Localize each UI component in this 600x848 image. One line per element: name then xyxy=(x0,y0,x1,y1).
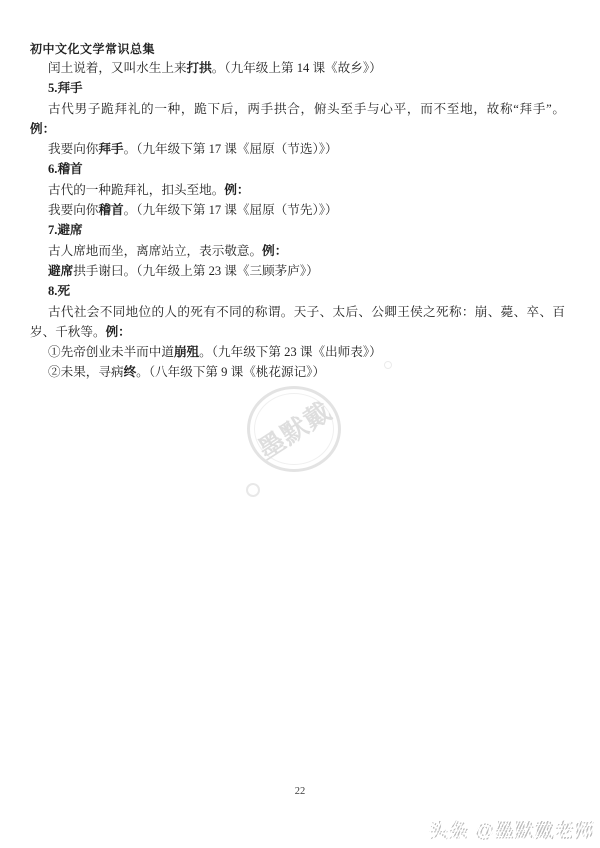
text-segment: 例： xyxy=(224,183,249,197)
stamp-text: 墨默戴 xyxy=(250,391,338,466)
text-line: 我要向你稽首。（九年级下第 17 课《屈原（节先）》） xyxy=(30,200,565,220)
stamp-inner-ring xyxy=(254,393,334,465)
text-segment: 5.拜手 xyxy=(48,81,83,95)
text-segment: 闰土说着，又叫水生上来 xyxy=(48,61,187,75)
watermark-handle: @墨默戴老师 xyxy=(475,821,595,842)
text-segment: 避席 xyxy=(48,264,73,278)
text-line: 6.稽首 xyxy=(30,159,565,179)
text-line: 8.死 xyxy=(30,281,565,301)
document-body: 闰土说着，又叫水生上来打拱。（九年级上第 14 课《故乡》）5.拜手古代男子跪拜… xyxy=(30,58,565,383)
text-segment: 我要向你 xyxy=(48,142,98,156)
text-segment: 。（九年级下第 17 课《屈原（节先）》） xyxy=(124,203,338,217)
text-segment: 。（九年级上第 14 课《故乡》） xyxy=(212,61,382,75)
text-line: 古人席地而坐，离席站立，表示敬意。例： xyxy=(30,241,565,261)
text-line: 例： xyxy=(30,119,565,139)
text-segment: 崩殂 xyxy=(174,345,199,359)
stamp-watermark: 墨默戴 xyxy=(247,386,341,472)
text-line: 我要向你拜手。（九年级下第 17 课《屈原（节选）》） xyxy=(30,139,565,159)
text-line: 古代社会不同地位的人的死有不同的称谓。天子、太后、公卿王侯之死称：崩、薨、卒、百 xyxy=(30,302,565,322)
text-line: 7.避席 xyxy=(30,220,565,240)
page-number: 22 xyxy=(0,786,600,797)
stamp-bubble-icon xyxy=(246,483,260,497)
text-segment: 我要向你 xyxy=(48,203,98,217)
text-segment: 7.避席 xyxy=(48,223,83,237)
text-segment: 例： xyxy=(262,244,287,258)
text-segment: 例： xyxy=(106,325,131,339)
text-line: 古代的一种跪拜礼，扣头至地。例： xyxy=(30,180,565,200)
text-line: ②未果，寻病终。（八年级下第 9 课《桃花源记》） xyxy=(30,362,565,382)
text-line: 避席拱手谢曰。（九年级上第 23 课《三顾茅庐》） xyxy=(30,261,565,281)
text-line: ①先帝创业未半而中道崩殂。（九年级下第 23 课《出师表》） xyxy=(30,342,565,362)
text-segment: 古代男子跪拜礼的一种，跪下后，两手拱合，俯头至手与心平，而不至地，故称“拜手”。 xyxy=(48,102,565,116)
text-segment: 古代社会不同地位的人的死有不同的称谓。天子、太后、公卿王侯之死称：崩、薨、卒、百 xyxy=(48,305,565,319)
text-line: 闰土说着，又叫水生上来打拱。（九年级上第 14 课《故乡》） xyxy=(30,58,565,78)
text-segment: 8.死 xyxy=(48,284,70,298)
text-segment: 古代的一种跪拜礼，扣头至地。 xyxy=(48,183,224,197)
text-segment: 。（九年级下第 23 课《出师表》） xyxy=(199,345,382,359)
document-page: 初中文化文学常识总集 闰土说着，又叫水生上来打拱。（九年级上第 14 课《故乡》… xyxy=(0,0,600,848)
text-line: 5.拜手 xyxy=(30,78,565,98)
toutiao-watermark: 头条 @墨默戴老师 xyxy=(429,816,595,843)
text-segment: 。（九年级下第 17 课《屈原（节选）》） xyxy=(124,142,338,156)
text-segment: 例： xyxy=(30,122,55,136)
document-header-title: 初中文化文学常识总集 xyxy=(30,40,155,57)
text-segment: ②未果，寻病 xyxy=(48,365,124,379)
text-segment: 。（八年级下第 9 课《桃花源记》） xyxy=(136,365,325,379)
watermark-prefix: 头条 xyxy=(429,821,469,842)
text-segment: 岁、千秋等。 xyxy=(30,325,106,339)
text-segment: 拱手谢曰。（九年级上第 23 课《三顾茅庐》） xyxy=(73,264,319,278)
text-segment: 古人席地而坐，离席站立，表示敬意。 xyxy=(48,244,262,258)
text-segment: 6.稽首 xyxy=(48,162,83,176)
text-line: 古代男子跪拜礼的一种，跪下后，两手拱合，俯头至手与心平，而不至地，故称“拜手”。 xyxy=(30,99,565,119)
text-segment: 终 xyxy=(124,365,137,379)
text-segment: ①先帝创业未半而中道 xyxy=(48,345,174,359)
text-line: 岁、千秋等。例： xyxy=(30,322,565,342)
text-segment: 稽首 xyxy=(98,203,123,217)
text-segment: 拜手 xyxy=(98,142,123,156)
text-segment: 打拱 xyxy=(187,61,212,75)
